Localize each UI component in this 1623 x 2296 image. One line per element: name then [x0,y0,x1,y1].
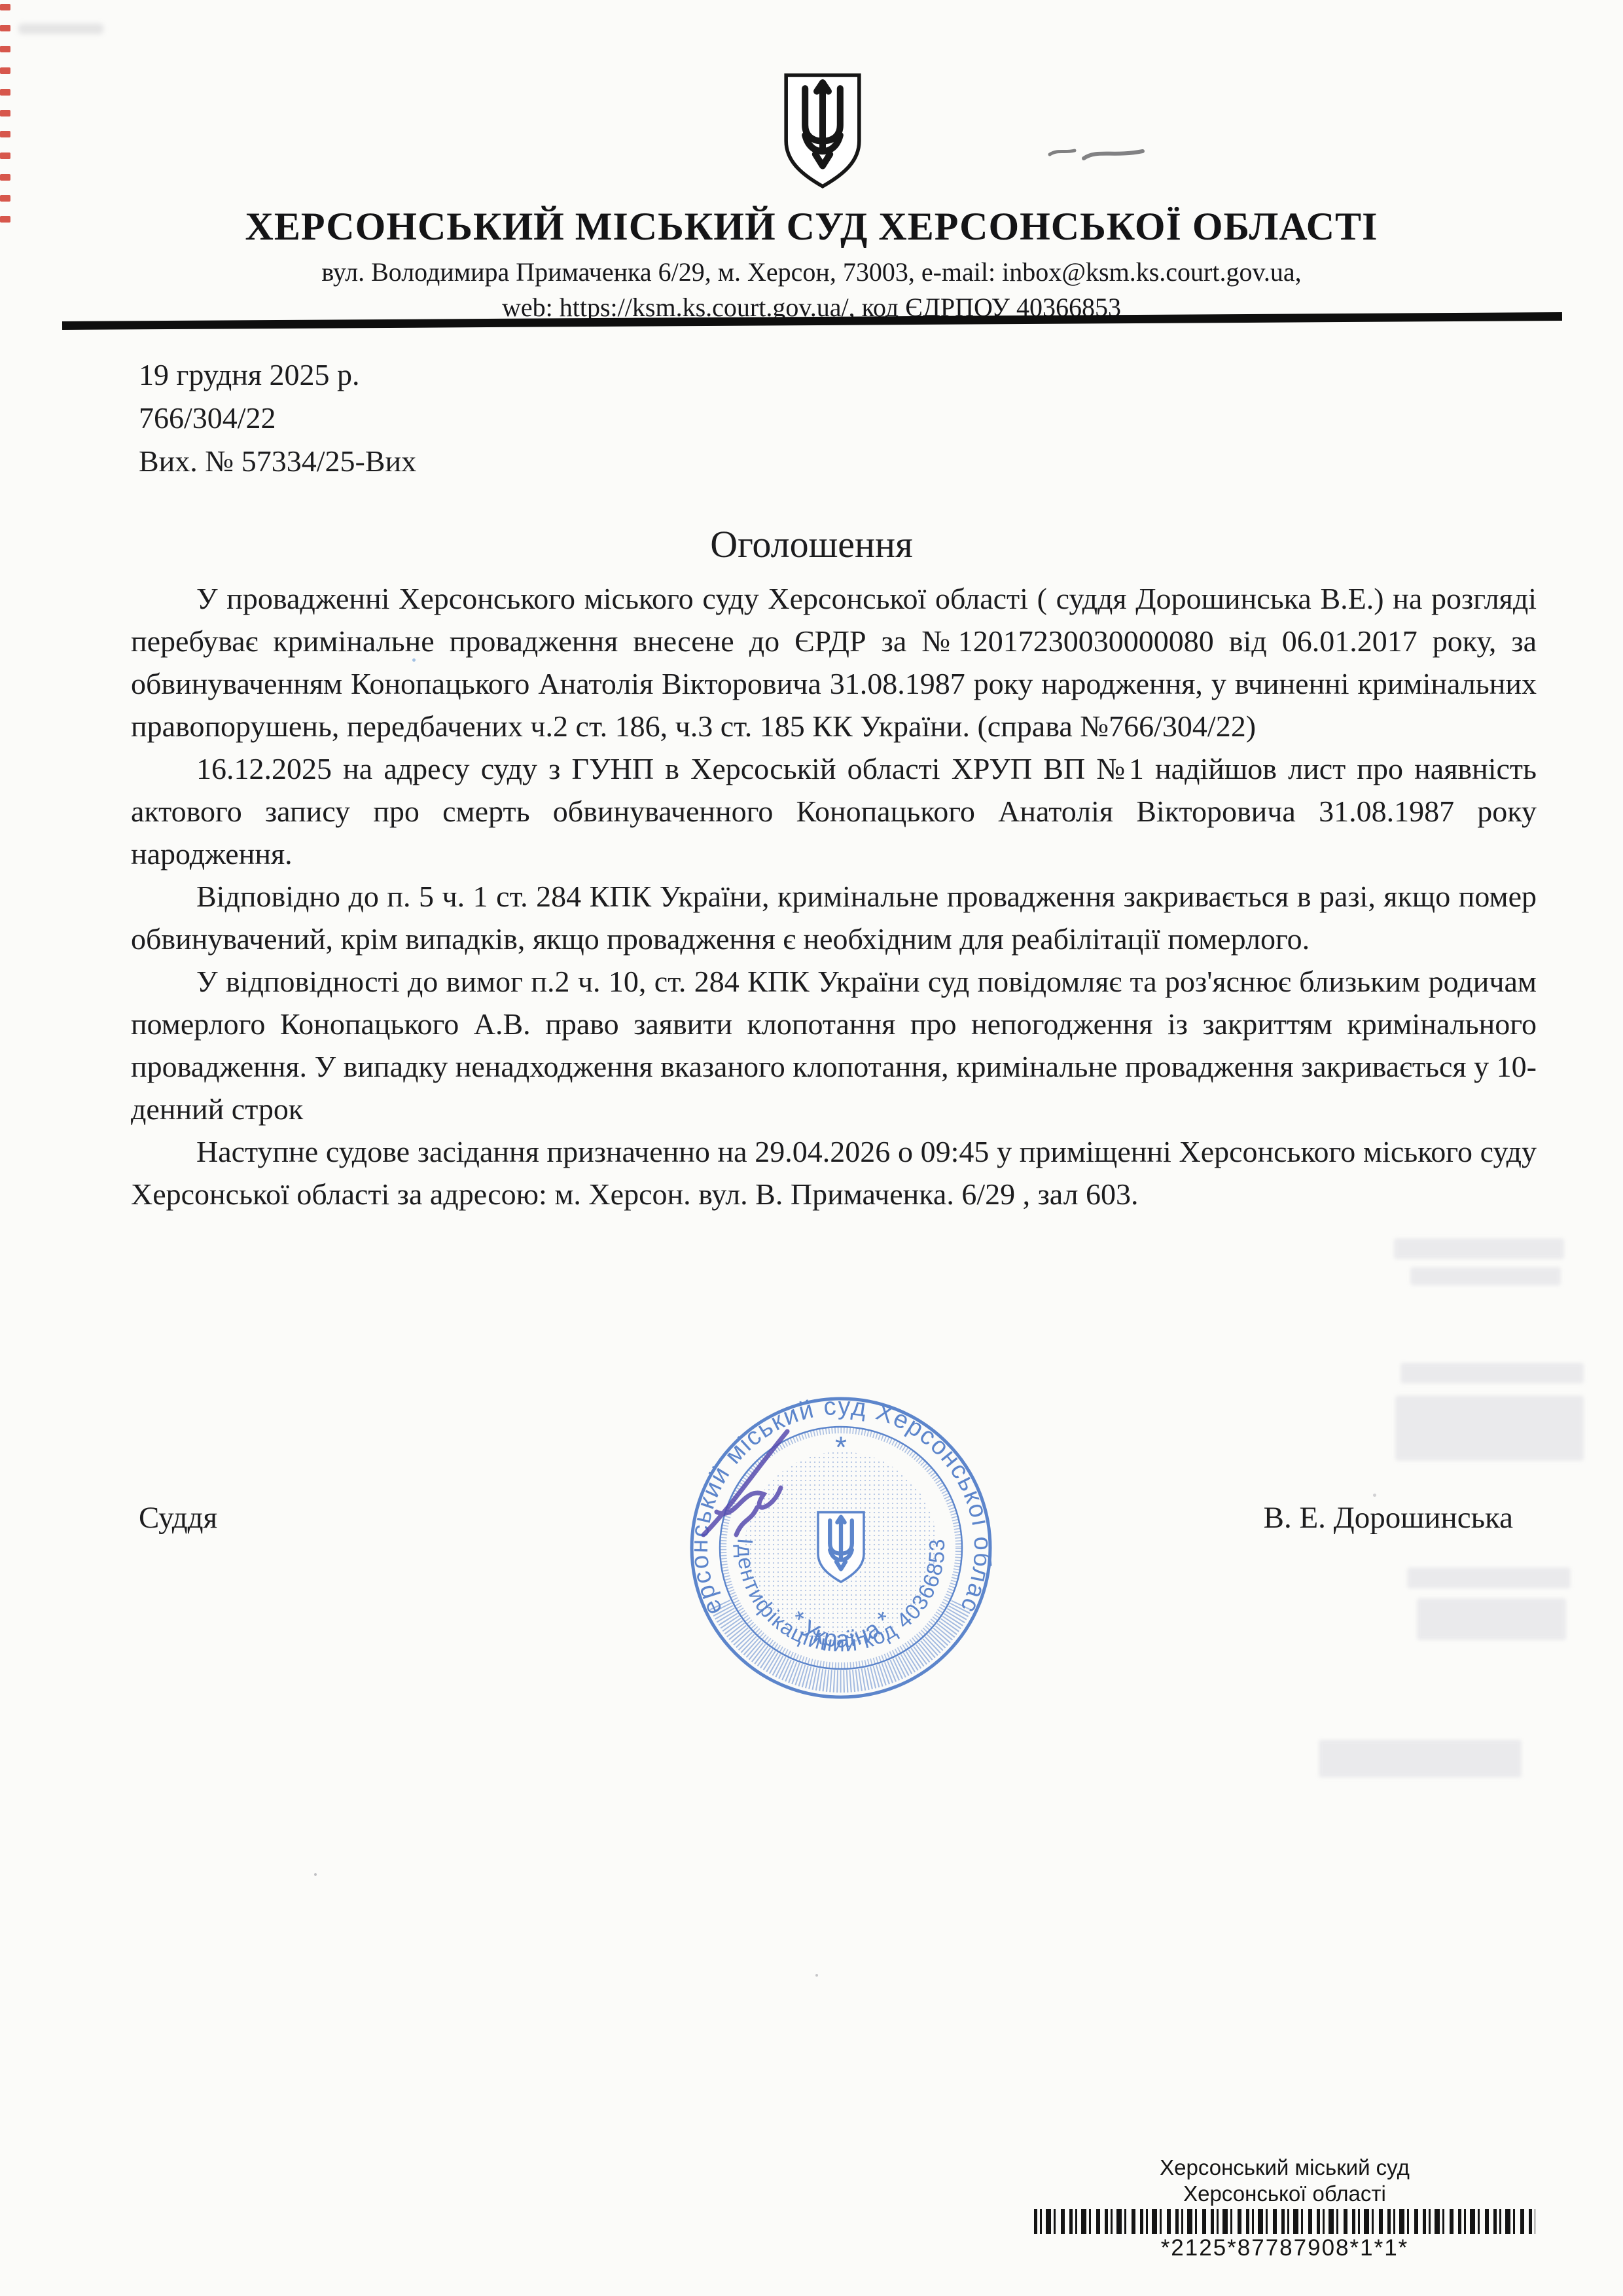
case-number: 766/304/22 [139,397,416,440]
scanner-artifact-red-dash [0,216,10,223]
barcode [1034,2209,1535,2234]
court-name-heading: ХЕРСОНСЬКИЙ МІСЬКИЙ СУД ХЕРСОНСЬКОЇ ОБЛА… [62,204,1561,249]
document-date: 19 грудня 2025 р. [139,353,416,397]
scan-speck [1373,1494,1376,1497]
barcode-value: *2125*87787908*1*1* [1023,2235,1546,2261]
footer-barcode-block: Херсонський міський суд Херсонської обла… [1023,2155,1546,2261]
body-paragraph: Наступне судове засідання призначенно на… [131,1130,1537,1215]
outgoing-number: Вих. № 57334/25-Вих [139,440,416,483]
document-body: У провадженні Херсонського міського суду… [131,577,1537,1215]
bleed-through-artifact [1395,1395,1584,1461]
bleed-through-artifact [1417,1598,1566,1640]
document-meta-block: 19 грудня 2025 р. 766/304/22 Вих. № 5733… [139,353,416,483]
scanner-artifact-red-dash [0,25,10,31]
scanner-artifact-red-dash [0,195,10,202]
scanner-artifact-red-dash [0,110,10,117]
stamp-trident-icon [818,1513,864,1582]
scanner-artifact-red-dash [0,89,10,96]
ukraine-coat-of-arms-icon [779,69,866,194]
bleed-through-artifact [1410,1267,1561,1285]
scanner-artifact-red-dash [0,174,10,181]
body-paragraph: У провадженні Херсонського міського суду… [131,577,1537,747]
bleed-through-artifact [1319,1740,1522,1778]
scan-speck [314,1873,317,1876]
scan-speck [412,658,416,662]
scanned-court-document-page: ХЕРСОНСЬКИЙ МІСЬКИЙ СУД ХЕРСОНСЬКОЇ ОБЛА… [0,0,1623,2296]
signer-role-label: Суддя [139,1500,217,1535]
footer-court-line1: Херсонський міський суд [1023,2155,1546,2181]
court-seal-stamp: Херсонський міський суд Херсонської обла… [658,1365,1024,1731]
bleed-through-artifact [1407,1568,1571,1588]
scanner-artifact-red-dash [0,131,10,137]
signer-name: В. Е. Дорошинська [1264,1500,1513,1535]
body-paragraph: 16.12.2025 на адресу суду з ГУНП в Херсо… [131,747,1537,875]
body-paragraph: У відповідності до вимог п.2 ч. 10, ст. … [131,960,1537,1130]
document-title: Оголошення [62,522,1561,566]
bleed-through-artifact [1400,1363,1584,1384]
scanner-smudge [18,24,103,34]
scanner-artifact-red-dash [0,152,10,159]
court-address-line: вул. Володимира Примаченка 6/29, м. Херс… [62,257,1561,287]
scanner-artifact-red-dash [0,46,10,52]
scanner-artifact-red-dash [0,4,10,10]
stamp-top-asterisk: * [835,1430,847,1464]
bleed-through-artifact [1394,1238,1564,1259]
scan-speck [815,1974,818,1977]
scanner-artifact-red-dash [0,67,10,74]
ink-smudge [1046,137,1150,170]
body-paragraph: Відповідно до п. 5 ч. 1 ст. 284 КПК Укра… [131,875,1537,960]
footer-court-line2: Херсонської області [1023,2181,1546,2207]
